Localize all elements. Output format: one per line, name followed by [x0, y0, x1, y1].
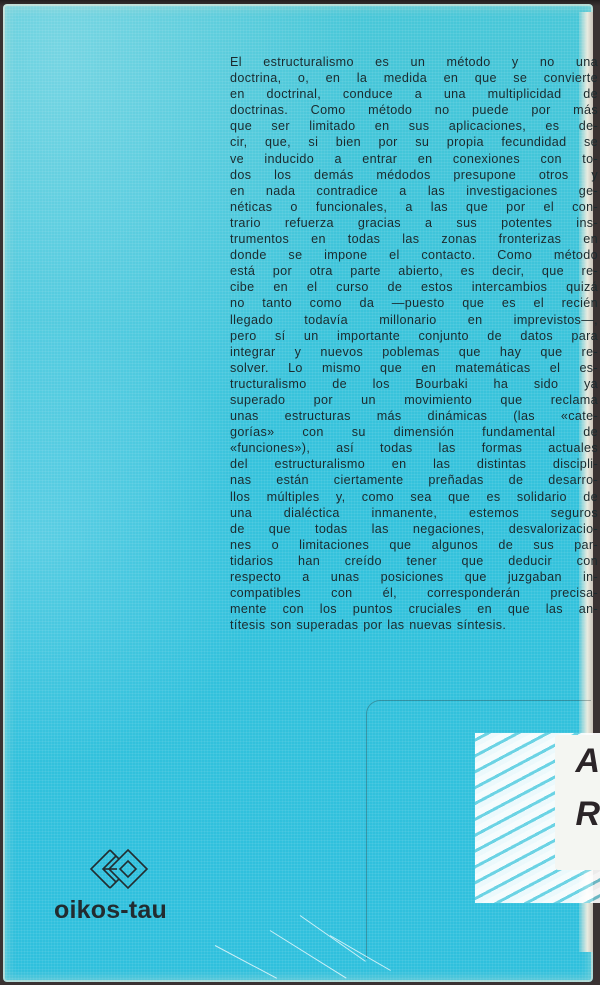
blurb-line: solver. Lo mismo que en matemáticas el e…: [230, 360, 598, 376]
blurb-line: llos múltiples y, como sea que es solida…: [230, 489, 598, 505]
blurb-line: de que todas las negaciones, desvaloriza…: [230, 521, 598, 537]
blurb-line: superado por un movimiento que reclama: [230, 392, 598, 408]
blurb-line: tructuralismo de los Bourbaki ha sido ya: [230, 376, 598, 392]
blurb-line: trario refuerza gracias a sus potentes i…: [230, 215, 598, 231]
blurb-line: en nada contradice a las investigaciones…: [230, 183, 598, 199]
blurb-line: donde se impone el contacto. Como método: [230, 247, 598, 263]
library-label-mark: R: [575, 795, 600, 834]
blurb-line: trumentos en todas las zonas fronterizas…: [230, 231, 598, 247]
blurb-line: El estructuralismo es un método y no una: [230, 54, 598, 70]
blurb-line: doctrinas. Como método no puede por más: [230, 102, 598, 118]
photo-scene: El estructuralismo es un método y no una…: [0, 0, 600, 985]
blurb-line: no tanto como da —puesto que es el recié…: [230, 295, 598, 311]
blurb-line: mente con los puntos cruciales en que la…: [230, 601, 598, 617]
library-label-mark: A: [575, 742, 600, 781]
blurb-line: nas están ciertamente preñadas de desarr…: [230, 472, 598, 488]
blurb-line: néticas o funcionales, a las que por el …: [230, 199, 598, 215]
blurb-line: dos los demás médodos presupone otros y: [230, 167, 598, 183]
blurb-line: cibe en el curso de estos intercambios q…: [230, 279, 598, 295]
blurb-line: nes o limitaciones que algunos de sus pa…: [230, 537, 598, 553]
publisher-name: oikos-tau: [54, 896, 167, 925]
blurb-line: tidarios han creído tener que deducir co…: [230, 553, 598, 569]
blurb-line: ve inducido a entrar en conexiones con t…: [230, 151, 598, 167]
blurb-line: cir, que, si bien por su propia fecundid…: [230, 134, 598, 150]
blurb-line: «funciones»), así todas las formas actua…: [230, 440, 598, 456]
oikos-tau-diamond-logo-icon: [88, 848, 150, 890]
blurb-line: unas estructuras más dinámicas (las «cat…: [230, 408, 598, 424]
blurb-line: doctrina, o, en la medida en que se conv…: [230, 70, 598, 86]
blurb-line: está por otra parte abierto, es decir, q…: [230, 263, 598, 279]
blurb-line: una dialéctica inmanente, estemos seguro…: [230, 505, 598, 521]
blurb-line: que ser limitado en sus aplicaciones, es…: [230, 118, 598, 134]
blurb-line: gorías» con su dimensión fundamental de: [230, 424, 598, 440]
blurb-line: en doctrinal, conduce a una multiplicida…: [230, 86, 598, 102]
blurb-line: compatibles con él, corresponderán preci…: [230, 585, 598, 601]
back-cover-blurb: El estructuralismo es un método y no una…: [230, 54, 598, 633]
blurb-line: pero sí un importante conjunto de datos …: [230, 328, 598, 344]
blurb-line: respecto a unas posiciones que juzgaban …: [230, 569, 598, 585]
blurb-line: llegado todavía millonario en imprevisto…: [230, 312, 598, 328]
blurb-line: títesis son superadas por las nuevas sín…: [230, 617, 598, 633]
blurb-line: del estructuralismo en las distintas dis…: [230, 456, 598, 472]
blurb-line: integrar y nuevos poblemas que hay que r…: [230, 344, 598, 360]
